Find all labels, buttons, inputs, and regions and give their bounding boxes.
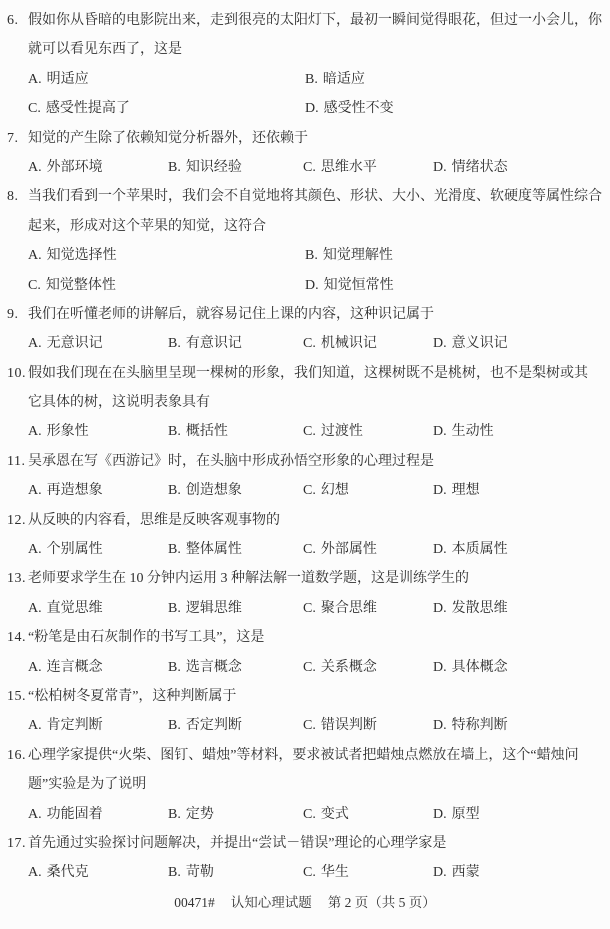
question-number: 8. <box>7 182 28 211</box>
option-label: B. <box>168 718 181 733</box>
option-B: B.概括性 <box>168 417 303 446</box>
option-text: 知觉整体性 <box>46 278 116 293</box>
option-A: A.桑代克 <box>28 858 168 887</box>
option-label: C. <box>303 807 316 822</box>
option-C: C.变式 <box>303 800 433 829</box>
option-label: A. <box>28 660 42 675</box>
question-number: 11. <box>7 447 28 476</box>
question-text-line: 当我们看到一个苹果时，我们会不自觉地将其颜色、形状、大小、光滑度、软硬度等属性综… <box>28 189 602 204</box>
option-label: A. <box>28 248 42 263</box>
option-text: 意义识记 <box>452 336 508 351</box>
option-C: C.知觉整体性 <box>28 271 305 300</box>
option-label: C. <box>303 160 316 175</box>
option-label: A. <box>28 160 42 175</box>
question-14: 14.“粉笔是由石灰制作的书写工具”，这是A.连言概念B.选言概念C.关系概念D… <box>0 623 610 682</box>
option-C: C.关系概念 <box>303 653 433 682</box>
option-text: 整体属性 <box>186 542 242 557</box>
option-A: A.外部环境 <box>28 153 168 182</box>
option-label: B. <box>168 424 181 439</box>
question-stem-continued: 起来，形成对这个苹果的知觉，这符合 <box>0 212 610 241</box>
option-text: 聚合思维 <box>321 601 377 616</box>
option-label: C. <box>303 424 316 439</box>
question-13: 13.老师要求学生在 10 分钟内运用 3 种解法解一道数学题，这是训练学生的A… <box>0 564 610 623</box>
question-stem: 15.“松柏树冬夏常青”，这种判断属于 <box>0 682 610 711</box>
question-16: 16.心理学家提供“火柴、图钉、蜡烛”等材料，要求被试者把蜡烛点燃放在墙上，这个… <box>0 741 610 829</box>
question-17: 17.首先通过实验探讨问题解决，并提出“尝试－错误”理论的心理学家是A.桑代克B… <box>0 829 610 888</box>
option-text: 错误判断 <box>321 718 377 733</box>
option-text: 选言概念 <box>186 660 242 675</box>
question-9: 9.我们在听懂老师的讲解后，就容易记住上课的内容，这种识记属于A.无意识记B.有… <box>0 300 610 359</box>
option-text: 原型 <box>452 807 480 822</box>
question-6: 6.假如你从昏暗的电影院出来，走到很亮的太阳灯下，最初一瞬间觉得眼花，但过一小会… <box>0 6 610 124</box>
option-text: 华生 <box>321 865 349 880</box>
option-C: C.幻想 <box>303 476 433 505</box>
option-row: A.形象性B.概括性C.过渡性D.生动性 <box>0 417 610 446</box>
option-C: C.聚合思维 <box>303 594 433 623</box>
question-stem: 14.“粉笔是由石灰制作的书写工具”，这是 <box>0 623 610 652</box>
question-number: 14. <box>7 623 28 652</box>
question-list: 6.假如你从昏暗的电影院出来，走到很亮的太阳灯下，最初一瞬间觉得眼花，但过一小会… <box>0 6 610 888</box>
option-label: B. <box>168 336 181 351</box>
option-row: A.直觉思维B.逻辑思维C.聚合思维D.发散思维 <box>0 594 610 623</box>
question-text-line: 假如我们现在在头脑里呈现一棵树的形象，我们知道，这棵树既不是桃树，也不是梨树或其 <box>28 366 588 381</box>
option-text: 外部属性 <box>321 542 377 557</box>
option-D: D.意义识记 <box>433 329 610 358</box>
option-text: 特称判断 <box>452 718 508 733</box>
option-label: A. <box>28 336 42 351</box>
option-D: D.生动性 <box>433 417 610 446</box>
option-label: C. <box>303 865 316 880</box>
option-A: A.形象性 <box>28 417 168 446</box>
option-text: 知觉恒常性 <box>324 278 394 293</box>
question-number: 17. <box>7 829 28 858</box>
option-B: B.逻辑思维 <box>168 594 303 623</box>
question-text-line: 就可以看见东西了，这是 <box>28 42 182 57</box>
option-text: 个别属性 <box>47 542 103 557</box>
option-label: B. <box>168 807 181 822</box>
option-text: 幻想 <box>321 483 349 498</box>
option-row: A.连言概念B.选言概念C.关系概念D.具体概念 <box>0 653 610 682</box>
option-D: D.情绪状态 <box>433 153 610 182</box>
option-label: D. <box>433 424 447 439</box>
option-text: 苛勒 <box>186 865 214 880</box>
question-15: 15.“松柏树冬夏常青”，这种判断属于A.肯定判断B.否定判断C.错误判断D.特… <box>0 682 610 741</box>
option-label: C. <box>28 278 41 293</box>
exam-title: 认知心理试题 <box>231 888 312 917</box>
option-label: A. <box>28 483 42 498</box>
option-C: C.思维水平 <box>303 153 433 182</box>
option-C: C.机械识记 <box>303 329 433 358</box>
option-label: D. <box>433 542 447 557</box>
exam-page: 6.假如你从昏暗的电影院出来，走到很亮的太阳灯下，最初一瞬间觉得眼花，但过一小会… <box>0 0 610 929</box>
question-number: 10. <box>7 359 28 388</box>
option-label: D. <box>305 278 319 293</box>
option-text: 概括性 <box>186 424 228 439</box>
option-text: 情绪状态 <box>452 160 508 175</box>
option-B: B.否定判断 <box>168 711 303 740</box>
option-label: B. <box>168 865 181 880</box>
option-D: D.感受性不变 <box>305 94 610 123</box>
question-text-line: 老师要求学生在 10 分钟内运用 3 种解法解一道数学题，这是训练学生的 <box>28 571 469 586</box>
option-D: D.本质属性 <box>433 535 610 564</box>
question-12: 12.从反映的内容看，思维是反映客观事物的A.个别属性B.整体属性C.外部属性D… <box>0 506 610 565</box>
option-label: A. <box>28 72 42 87</box>
question-number: 16. <box>7 741 28 770</box>
option-label: C. <box>303 718 316 733</box>
option-text: 形象性 <box>47 424 89 439</box>
page-number: 第 2 页（共 5 页） <box>328 888 436 917</box>
option-text: 思维水平 <box>321 160 377 175</box>
option-label: D. <box>433 660 447 675</box>
question-stem-continued: 就可以看见东西了，这是 <box>0 35 610 64</box>
exam-code: 00471# <box>174 888 215 917</box>
option-label: C. <box>303 601 316 616</box>
option-label: D. <box>433 336 447 351</box>
option-label: D. <box>433 160 447 175</box>
question-stem: 12.从反映的内容看，思维是反映客观事物的 <box>0 506 610 535</box>
option-label: A. <box>28 718 42 733</box>
option-label: B. <box>168 660 181 675</box>
option-label: D. <box>433 601 447 616</box>
option-A: A.功能固着 <box>28 800 168 829</box>
option-text: 连言概念 <box>47 660 103 675</box>
question-text-line: 吴承恩在写《西游记》时，在头脑中形成孙悟空形象的心理过程是 <box>28 454 434 469</box>
option-row: A.外部环境B.知识经验C.思维水平D.情绪状态 <box>0 153 610 182</box>
option-text: 生动性 <box>452 424 494 439</box>
option-C: C.错误判断 <box>303 711 433 740</box>
option-label: A. <box>28 865 42 880</box>
option-label: A. <box>28 601 42 616</box>
option-text: 机械识记 <box>321 336 377 351</box>
option-text: 知觉理解性 <box>323 248 393 263</box>
option-text: 知识经验 <box>186 160 242 175</box>
question-number: 12. <box>7 506 28 535</box>
option-A: A.无意识记 <box>28 329 168 358</box>
option-row: A.肯定判断B.否定判断C.错误判断D.特称判断 <box>0 711 610 740</box>
question-text-line: 假如你从昏暗的电影院出来，走到很亮的太阳灯下，最初一瞬间觉得眼花，但过一小会儿，… <box>28 13 602 28</box>
option-text: 逻辑思维 <box>186 601 242 616</box>
option-text: 创造想象 <box>186 483 242 498</box>
question-text-line: 我们在听懂老师的讲解后，就容易记住上课的内容，这种识记属于 <box>28 307 434 322</box>
option-label: C. <box>303 660 316 675</box>
option-text: 有意识记 <box>186 336 242 351</box>
option-A: A.知觉选择性 <box>28 241 305 270</box>
option-text: 无意识记 <box>47 336 103 351</box>
question-stem-continued: 它具体的树，这说明表象具有 <box>0 388 610 417</box>
option-text: 肯定判断 <box>47 718 103 733</box>
option-D: D.原型 <box>433 800 610 829</box>
option-text: 具体概念 <box>452 660 508 675</box>
option-B: B.苛勒 <box>168 858 303 887</box>
option-C: C.感受性提高了 <box>28 94 305 123</box>
option-D: D.知觉恒常性 <box>305 271 610 300</box>
question-text-line: “松柏树冬夏常青”，这种判断属于 <box>28 689 236 704</box>
option-D: D.具体概念 <box>433 653 610 682</box>
question-stem: 9.我们在听懂老师的讲解后，就容易记住上课的内容，这种识记属于 <box>0 300 610 329</box>
option-label: B. <box>168 160 181 175</box>
question-stem: 11.吴承恩在写《西游记》时，在头脑中形成孙悟空形象的心理过程是 <box>0 447 610 476</box>
option-D: D.特称判断 <box>433 711 610 740</box>
option-text: 感受性不变 <box>324 101 394 116</box>
question-number: 7. <box>7 124 28 153</box>
option-text: 功能固着 <box>47 807 103 822</box>
question-number: 6. <box>7 6 28 35</box>
option-B: B.知觉理解性 <box>305 241 610 270</box>
option-C: C.外部属性 <box>303 535 433 564</box>
option-text: 过渡性 <box>321 424 363 439</box>
option-text: 关系概念 <box>321 660 377 675</box>
question-text-line: “粉笔是由石灰制作的书写工具”，这是 <box>28 630 264 645</box>
option-label: D. <box>433 807 447 822</box>
option-label: C. <box>28 101 41 116</box>
option-C: C.过渡性 <box>303 417 433 446</box>
option-row: A.知觉选择性B.知觉理解性 <box>0 241 610 270</box>
option-label: C. <box>303 336 316 351</box>
option-A: A.明适应 <box>28 65 305 94</box>
option-label: D. <box>433 483 447 498</box>
option-A: A.直觉思维 <box>28 594 168 623</box>
option-C: C.华生 <box>303 858 433 887</box>
option-label: A. <box>28 807 42 822</box>
option-label: B. <box>168 542 181 557</box>
option-label: B. <box>305 72 318 87</box>
option-label: D. <box>433 865 447 880</box>
option-B: B.暗适应 <box>305 65 610 94</box>
option-row: A.个别属性B.整体属性C.外部属性D.本质属性 <box>0 535 610 564</box>
option-text: 知觉选择性 <box>47 248 117 263</box>
option-text: 西蒙 <box>452 865 480 880</box>
option-row: A.明适应B.暗适应 <box>0 65 610 94</box>
question-7: 7.知觉的产生除了依赖知觉分析器外，还依赖于A.外部环境B.知识经验C.思维水平… <box>0 124 610 183</box>
option-B: B.有意识记 <box>168 329 303 358</box>
option-label: B. <box>168 601 181 616</box>
option-text: 再造想象 <box>47 483 103 498</box>
option-A: A.再造想象 <box>28 476 168 505</box>
option-text: 理想 <box>452 483 480 498</box>
option-A: A.个别属性 <box>28 535 168 564</box>
option-D: D.理想 <box>433 476 610 505</box>
option-label: D. <box>305 101 319 116</box>
option-text: 定势 <box>186 807 214 822</box>
question-text-line: 起来，形成对这个苹果的知觉，这符合 <box>28 219 266 234</box>
option-row: C.感受性提高了D.感受性不变 <box>0 94 610 123</box>
option-label: A. <box>28 424 42 439</box>
option-label: C. <box>303 483 316 498</box>
question-stem: 13.老师要求学生在 10 分钟内运用 3 种解法解一道数学题，这是训练学生的 <box>0 564 610 593</box>
option-text: 变式 <box>321 807 349 822</box>
option-label: A. <box>28 542 42 557</box>
question-stem: 7.知觉的产生除了依赖知觉分析器外，还依赖于 <box>0 124 610 153</box>
question-stem: 16.心理学家提供“火柴、图钉、蜡烛”等材料，要求被试者把蜡烛点燃放在墙上，这个… <box>0 741 610 770</box>
option-text: 否定判断 <box>186 718 242 733</box>
question-number: 15. <box>7 682 28 711</box>
option-B: B.创造想象 <box>168 476 303 505</box>
option-text: 暗适应 <box>323 72 365 87</box>
question-11: 11.吴承恩在写《西游记》时，在头脑中形成孙悟空形象的心理过程是A.再造想象B.… <box>0 447 610 506</box>
page-footer: 00471# 认知心理试题 第 2 页（共 5 页） <box>0 888 610 917</box>
question-text-line: 题”实验是为了说明 <box>28 777 146 792</box>
question-stem: 17.首先通过实验探讨问题解决，并提出“尝试－错误”理论的心理学家是 <box>0 829 610 858</box>
question-text-line: 它具体的树，这说明表象具有 <box>28 395 210 410</box>
option-label: B. <box>305 248 318 263</box>
question-number: 9. <box>7 300 28 329</box>
option-B: B.定势 <box>168 800 303 829</box>
question-10: 10.假如我们现在在头脑里呈现一棵树的形象，我们知道，这棵树既不是桃树，也不是梨… <box>0 359 610 447</box>
question-stem: 6.假如你从昏暗的电影院出来，走到很亮的太阳灯下，最初一瞬间觉得眼花，但过一小会… <box>0 6 610 35</box>
option-text: 感受性提高了 <box>46 101 130 116</box>
option-label: C. <box>303 542 316 557</box>
option-label: B. <box>168 483 181 498</box>
option-row: A.再造想象B.创造想象C.幻想D.理想 <box>0 476 610 505</box>
option-text: 桑代克 <box>47 865 89 880</box>
question-text-line: 首先通过实验探讨问题解决，并提出“尝试－错误”理论的心理学家是 <box>28 836 446 851</box>
option-row: A.功能固着B.定势C.变式D.原型 <box>0 800 610 829</box>
question-text-line: 心理学家提供“火柴、图钉、蜡烛”等材料，要求被试者把蜡烛点燃放在墙上，这个“蜡烛… <box>28 748 579 763</box>
question-stem-continued: 题”实验是为了说明 <box>0 770 610 799</box>
option-row: A.桑代克B.苛勒C.华生D.西蒙 <box>0 858 610 887</box>
option-label: D. <box>433 718 447 733</box>
option-text: 直觉思维 <box>47 601 103 616</box>
option-text: 明适应 <box>47 72 89 87</box>
question-text-line: 从反映的内容看，思维是反映客观事物的 <box>28 513 280 528</box>
question-text-line: 知觉的产生除了依赖知觉分析器外，还依赖于 <box>28 131 308 146</box>
option-row: A.无意识记B.有意识记C.机械识记D.意义识记 <box>0 329 610 358</box>
option-text: 本质属性 <box>452 542 508 557</box>
question-number: 13. <box>7 564 28 593</box>
option-B: B.整体属性 <box>168 535 303 564</box>
option-D: D.西蒙 <box>433 858 610 887</box>
option-B: B.知识经验 <box>168 153 303 182</box>
option-A: A.连言概念 <box>28 653 168 682</box>
option-text: 外部环境 <box>47 160 103 175</box>
question-stem: 10.假如我们现在在头脑里呈现一棵树的形象，我们知道，这棵树既不是桃树，也不是梨… <box>0 359 610 388</box>
option-D: D.发散思维 <box>433 594 610 623</box>
question-8: 8.当我们看到一个苹果时，我们会不自觉地将其颜色、形状、大小、光滑度、软硬度等属… <box>0 182 610 300</box>
option-A: A.肯定判断 <box>28 711 168 740</box>
question-stem: 8.当我们看到一个苹果时，我们会不自觉地将其颜色、形状、大小、光滑度、软硬度等属… <box>0 182 610 211</box>
option-row: C.知觉整体性D.知觉恒常性 <box>0 271 610 300</box>
option-text: 发散思维 <box>452 601 508 616</box>
option-B: B.选言概念 <box>168 653 303 682</box>
